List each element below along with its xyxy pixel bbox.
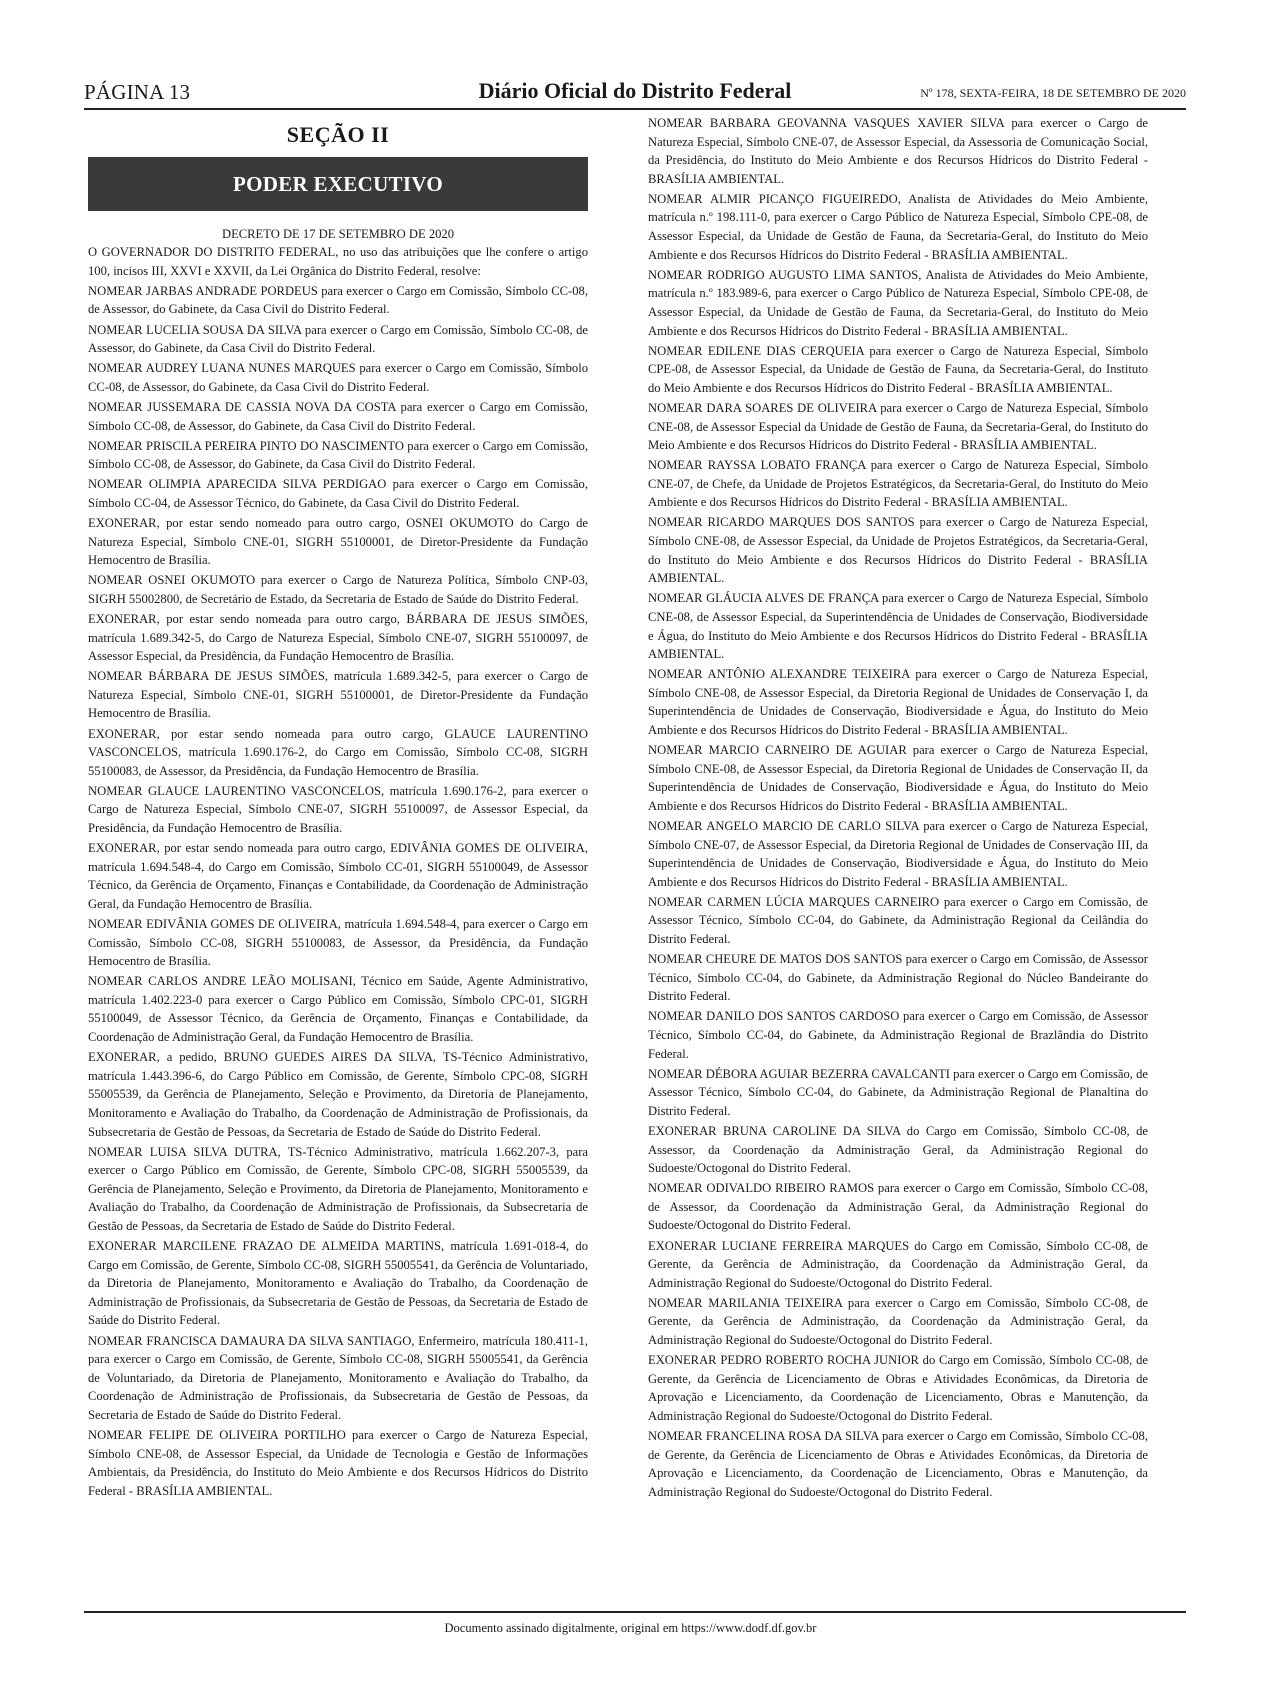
act-paragraph: NOMEAR DÉBORA AGUIAR BEZERRA CAVALCANTI …: [648, 1065, 1148, 1121]
act-paragraph: NOMEAR JARBAS ANDRADE PORDEUS para exerc…: [88, 282, 588, 319]
act-paragraph: NOMEAR GLÁUCIA ALVES DE FRANÇA para exer…: [648, 589, 1148, 663]
act-paragraph: NOMEAR FRANCISCA DAMAURA DA SILVA SANTIA…: [88, 1332, 588, 1425]
act-paragraph: NOMEAR ANGELO MARCIO DE CARLO SILVA para…: [648, 817, 1148, 891]
left-column-paragraphs: O GOVERNADOR DO DISTRITO FEDERAL, no uso…: [88, 243, 588, 1500]
act-paragraph: EXONERAR, por estar sendo nomeada para o…: [88, 725, 588, 781]
act-paragraph: EXONERAR MARCILENE FRAZAO DE ALMEIDA MAR…: [88, 1237, 588, 1330]
act-paragraph: NOMEAR OSNEI OKUMOTO para exercer o Carg…: [88, 571, 588, 608]
act-paragraph: EXONERAR, por estar sendo nomeada para o…: [88, 839, 588, 913]
right-column: NOMEAR BARBARA GEOVANNA VASQUES XAVIER S…: [648, 114, 1148, 1503]
act-paragraph: O GOVERNADOR DO DISTRITO FEDERAL, no uso…: [88, 243, 588, 280]
act-paragraph: NOMEAR RAYSSA LOBATO FRANÇA para exercer…: [648, 456, 1148, 512]
footer-note: Documento assinado digitalmente, origina…: [445, 1621, 817, 1635]
act-paragraph: NOMEAR FELIPE DE OLIVEIRA PORTILHO para …: [88, 1426, 588, 1500]
act-paragraph: NOMEAR MARILANIA TEIXEIRA para exercer o…: [648, 1294, 1148, 1350]
act-paragraph: NOMEAR LUCELIA SOUSA DA SILVA para exerc…: [88, 321, 588, 358]
act-paragraph: NOMEAR ANTÔNIO ALEXANDRE TEIXEIRA para e…: [648, 665, 1148, 739]
act-paragraph: NOMEAR GLAUCE LAURENTINO VASCONCELOS, ma…: [88, 782, 588, 838]
act-paragraph: NOMEAR BÁRBARA DE JESUS SIMÕES, matrícul…: [88, 667, 588, 723]
act-paragraph: NOMEAR ODIVALDO RIBEIRO RAMOS para exerc…: [648, 1179, 1148, 1235]
act-paragraph: NOMEAR EDIVÂNIA GOMES DE OLIVEIRA, matrí…: [88, 915, 588, 971]
header-divider: [84, 108, 1186, 110]
act-paragraph: NOMEAR FRANCELINA ROSA DA SILVA para exe…: [648, 1427, 1148, 1501]
act-paragraph: NOMEAR OLIMPIA APARECIDA SILVA PERDIGAO …: [88, 475, 588, 512]
right-column-paragraphs: NOMEAR BARBARA GEOVANNA VASQUES XAVIER S…: [648, 114, 1148, 1501]
issue-info: Nº 178, SEXTA-FEIRA, 18 DE SETEMBRO DE 2…: [920, 86, 1186, 101]
act-paragraph: EXONERAR LUCIANE FERREIRA MARQUES do Car…: [648, 1237, 1148, 1293]
left-column: SEÇÃO II PODER EXECUTIVO DECRETO DE 17 D…: [88, 116, 588, 1502]
act-paragraph: NOMEAR DARA SOARES DE OLIVEIRA para exer…: [648, 399, 1148, 455]
act-paragraph: NOMEAR AUDREY LUANA NUNES MARQUES para e…: [88, 359, 588, 396]
act-paragraph: NOMEAR ALMIR PICANÇO FIGUEIREDO, Analist…: [648, 190, 1148, 264]
act-paragraph: NOMEAR DANILO DOS SANTOS CARDOSO para ex…: [648, 1007, 1148, 1063]
act-paragraph: EXONERAR BRUNA CAROLINE DA SILVA do Carg…: [648, 1122, 1148, 1178]
act-paragraph: NOMEAR LUISA SILVA DUTRA, TS-Técnico Adm…: [88, 1143, 588, 1236]
act-paragraph: EXONERAR PEDRO ROBERTO ROCHA JUNIOR do C…: [648, 1351, 1148, 1425]
act-paragraph: NOMEAR CHEURE DE MATOS DOS SANTOS para e…: [648, 950, 1148, 1006]
act-paragraph: NOMEAR BARBARA GEOVANNA VASQUES XAVIER S…: [648, 114, 1148, 188]
page-header: PÁGINA 13 Diário Oficial do Distrito Fed…: [84, 76, 1186, 106]
section-banner: PODER EXECUTIVO: [88, 157, 588, 211]
act-paragraph: NOMEAR EDILENE DIAS CERQUEIA para exerce…: [648, 342, 1148, 398]
footer-divider: [84, 1611, 1186, 1613]
act-paragraph: EXONERAR, por estar sendo nomeada para o…: [88, 610, 588, 666]
page-footer: Documento assinado digitalmente, origina…: [0, 1621, 1261, 1636]
act-paragraph: EXONERAR, por estar sendo nomeado para o…: [88, 514, 588, 570]
act-paragraph: NOMEAR CARMEN LÚCIA MARQUES CARNEIRO par…: [648, 893, 1148, 949]
act-paragraph: NOMEAR RICARDO MARQUES DOS SANTOS para e…: [648, 513, 1148, 587]
decree-title: DECRETO DE 17 DE SETEMBRO DE 2020: [88, 225, 588, 244]
act-paragraph: NOMEAR MARCIO CARNEIRO DE AGUIAR para ex…: [648, 741, 1148, 815]
act-paragraph: EXONERAR, a pedido, BRUNO GUEDES AIRES D…: [88, 1048, 588, 1141]
section-title: SEÇÃO II: [88, 126, 588, 145]
act-paragraph: NOMEAR CARLOS ANDRE LEÃO MOLISANI, Técni…: [88, 972, 588, 1046]
act-paragraph: NOMEAR PRISCILA PEREIRA PINTO DO NASCIME…: [88, 437, 588, 474]
act-paragraph: NOMEAR JUSSEMARA DE CASSIA NOVA DA COSTA…: [88, 398, 588, 435]
act-paragraph: NOMEAR RODRIGO AUGUSTO LIMA SANTOS, Anal…: [648, 266, 1148, 340]
